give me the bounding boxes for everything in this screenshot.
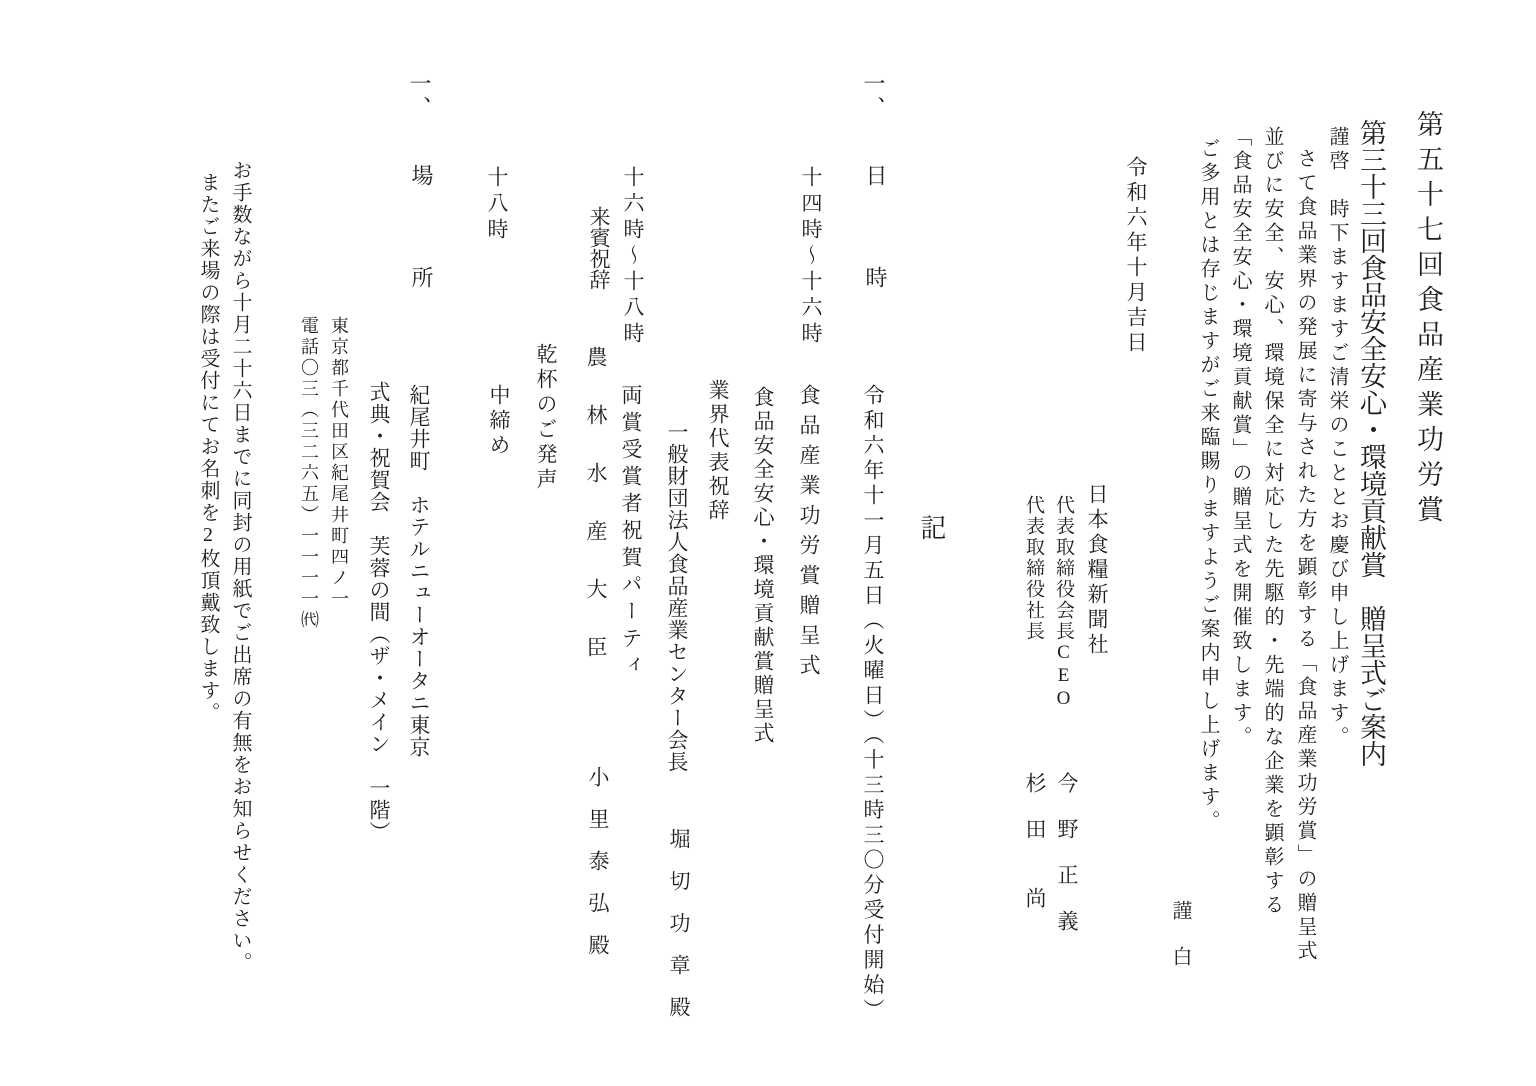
sender-president-title: 代表取締役社長 [1024,495,1043,642]
preamble-body-4: ご多用とは存じますがご来臨賜りますようご案内申し上げます。 [1198,138,1218,834]
schedule-time-2: 十六時～十八時 [622,166,643,348]
venue-hall: 式典・祝賀会 芙蓉の間（ザ・メイン 一階） [368,381,389,843]
invitation-page: 第五十七回食品産業功労賞 第三十三回食品安全安心・環境貢献賞 贈呈式ご案内 謹啓… [0,0,1536,1086]
schedule-speaker-name-1: 堀 切 功 章 殿 [668,828,689,1017]
venue-phone: 電話〇三（三二六五）一一一一㈹ [300,316,318,631]
sender-chairman-title: 代表取締役会長CEO [1054,495,1073,711]
schedule-time-1: 十四時～十六時 [800,166,821,348]
schedule-label-time: 時 [864,266,886,288]
venue-label-place-2: 所 [410,266,432,288]
venue-address: 東京都千代田区紀尾井町四ノ一 [330,316,348,610]
schedule-event-1: 食品産業功労賞贈呈式 [798,384,819,684]
preamble-opening: 謹啓 時下ますますご清栄のこととお慶び申し上げます。 [1327,126,1347,750]
schedule-speaker-title-1: 一般財団法人食品産業センター会長 [666,421,687,773]
venue-name: 紀尾井町 ホテルニューオータニ東京 [408,384,429,758]
schedule-event-toast: 乾杯のご発声 [535,343,556,493]
sender-chairman-name: 今 野 正 義 [1056,772,1077,933]
note-business-card: またご来場の際は受付にてお名刺を2枚頂戴致します。 [198,172,218,724]
preamble-body-3: 「食品安全安心・環境貢献賞」の贈呈式を開催致します。 [1230,126,1250,750]
schedule-label-guest-address: 来賓祝辞 [588,206,609,290]
preamble-body-2: 並びに安全、安心、環境保全に対応した先駆的・先端的な企業を顕彰する [1262,126,1282,918]
closing-phrase: 謹 白 [1170,900,1190,969]
schedule-event-3: 両賞受賞者祝賀パーティ [620,384,641,681]
schedule-event-closing: 中締め [488,384,509,459]
note-rsvp: お手数ながら十月二十六日までに同封の用紙でご出席の有無をお知らせください。 [230,160,250,974]
schedule-label-industry-address: 業界代表祝辞 [707,379,728,523]
schedule-event-2: 食品安全安心・環境貢献賞贈呈式 [752,386,773,746]
document-date: 令和六年十月吉日 [1125,156,1146,356]
venue-item-marker: 一、 [408,72,430,120]
schedule-time-3: 十八時 [486,166,507,244]
schedule-item-marker: 一、 [862,72,884,120]
schedule-speaker-name-2: 小 里 泰 弘 殿 [587,766,608,955]
title-line-2: 第三十三回食品安全安心・環境貢献賞 贈呈式ご案内 [1357,119,1384,767]
sender-company: 日本食糧新聞社 [1086,483,1107,658]
title-line-1: 第五十七回食品産業功労賞 [1414,110,1441,530]
schedule-date-value: 令和六年十一月五日（火曜日）（十三時三〇分受付開始） [862,384,883,1024]
schedule-label-day: 日 [864,164,886,186]
sender-president-name: 杉 田 尚 [1024,772,1045,910]
schedule-speaker-title-2: 農 林 水 産 大 臣 [585,346,606,665]
venue-label-place-1: 場 [410,164,432,186]
record-heading: 記 [918,514,944,540]
preamble-body-1: さて食品業界の発展に寄与された方を顕彰する「食品産業功労賞」の贈呈式 [1295,148,1315,964]
